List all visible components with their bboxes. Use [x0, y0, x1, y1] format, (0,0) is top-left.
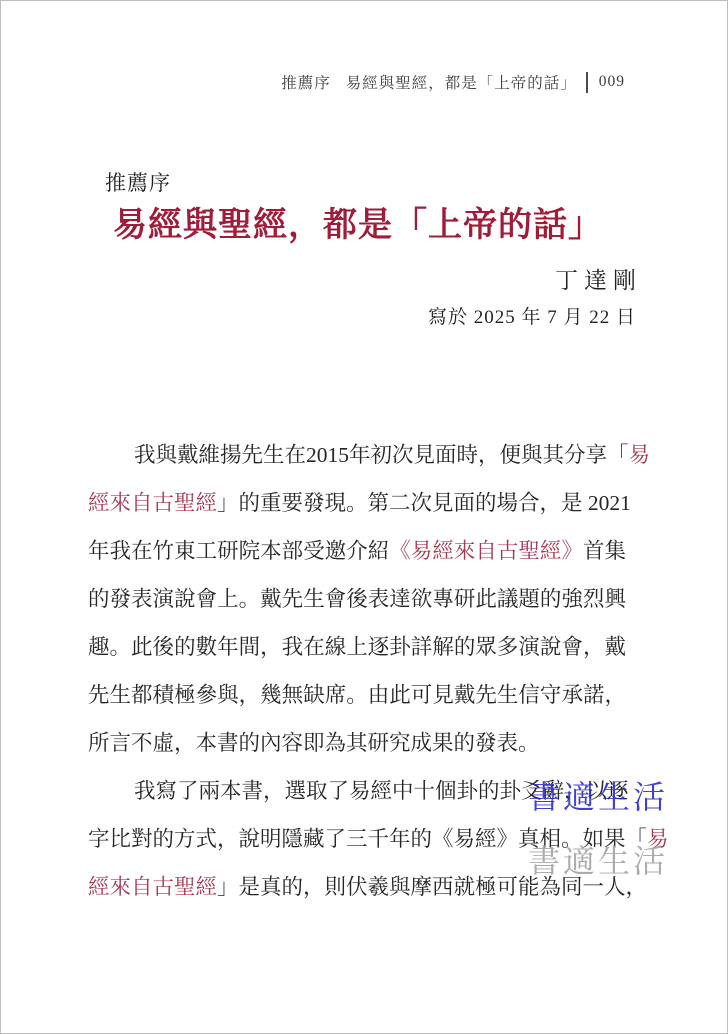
chapter-title: 易經與聖經，都是「上帝的話」: [113, 197, 603, 246]
body-segment: 」是真的，則伏羲與摩西就極可能為同一人，: [217, 875, 647, 899]
body-segment-red: 經來自古聖經: [88, 875, 217, 899]
body-segment-red: 易: [647, 827, 669, 851]
body-segment: 年我在竹東工研院本部受邀介紹: [88, 539, 389, 563]
body-line: 趣。此後的數年間，我在線上逐卦詳解的眾多演說會，戴: [88, 623, 626, 671]
body-segment: 我寫了兩本書，選取了易經中十個卦的卦爻辭，以逐: [134, 779, 629, 803]
book-page: 推薦序 易經與聖經，都是「上帝的話」 009 推薦序 易經與聖經，都是「上帝的話…: [0, 0, 728, 1034]
body-line: 我寫了兩本書，選取了易經中十個卦的卦爻辭，以逐: [88, 767, 626, 815]
body-line: 字比對的方式，說明隱藏了三千年的《易經》真相。如果「易: [88, 815, 626, 863]
author-name: 丁達剛: [428, 262, 642, 295]
body-segment: 先生都積極參與，幾無缺席。由此可見戴先生信守承諾，: [88, 683, 626, 707]
body-line: 我與戴維揚先生在2015年初次見面時，便與其分享「易: [88, 431, 626, 479]
section-label: 推薦序: [105, 167, 171, 197]
body-line: 年我在竹東工研院本部受邀介紹《易經來自古聖經》首集: [88, 527, 626, 575]
body-segment: 我與戴維揚先生在2015年初次見面時，便與其分享「: [134, 443, 629, 467]
running-header-title: 易經與聖經，都是「上帝的話」: [346, 71, 577, 93]
body-segment-red: 易: [629, 443, 651, 467]
body-line: 經來自古聖經」是真的，則伏羲與摩西就極可能為同一人，: [88, 863, 626, 911]
body-line: 經來自古聖經」的重要發現。第二次見面的場合，是 2021: [88, 479, 626, 527]
running-header-section: 推薦序: [281, 71, 331, 93]
body-segment: 字比對的方式，說明隱藏了三千年的《易經》真相。如果「: [88, 827, 647, 851]
body-segment: 趣。此後的數年間，我在線上逐卦詳解的眾多演說會，戴: [88, 635, 626, 659]
byline: 丁達剛 寫於 2025 年 7 月 22 日: [428, 262, 636, 329]
body-segment-red: 《易經來自古聖經》: [389, 539, 583, 563]
page-number: 009: [599, 73, 625, 91]
body-line: 先生都積極參與，幾無缺席。由此可見戴先生信守承諾，: [88, 671, 626, 719]
body-segment: 的發表演說會上。戴先生會後表達欲專研此議題的強烈興: [88, 587, 626, 611]
body-line: 所言不虛，本書的內容即為其研究成果的發表。: [88, 719, 626, 767]
body-segment: 所言不虛，本書的內容即為其研究成果的發表。: [88, 731, 540, 755]
body-segment: 」的重要發現。第二次見面的場合，是 2021: [217, 491, 631, 515]
running-header: 推薦序 易經與聖經，都是「上帝的話」 009: [281, 71, 625, 93]
body-segment: 首集: [583, 539, 626, 563]
written-date: 寫於 2025 年 7 月 22 日: [428, 302, 636, 329]
body-segment-red: 經來自古聖經: [88, 491, 217, 515]
body-line: 的發表演說會上。戴先生會後表達欲專研此議題的強烈興: [88, 575, 626, 623]
body-text: 我與戴維揚先生在2015年初次見面時，便與其分享「易 經來自古聖經」的重要發現。…: [88, 431, 626, 911]
header-divider: [586, 72, 588, 93]
